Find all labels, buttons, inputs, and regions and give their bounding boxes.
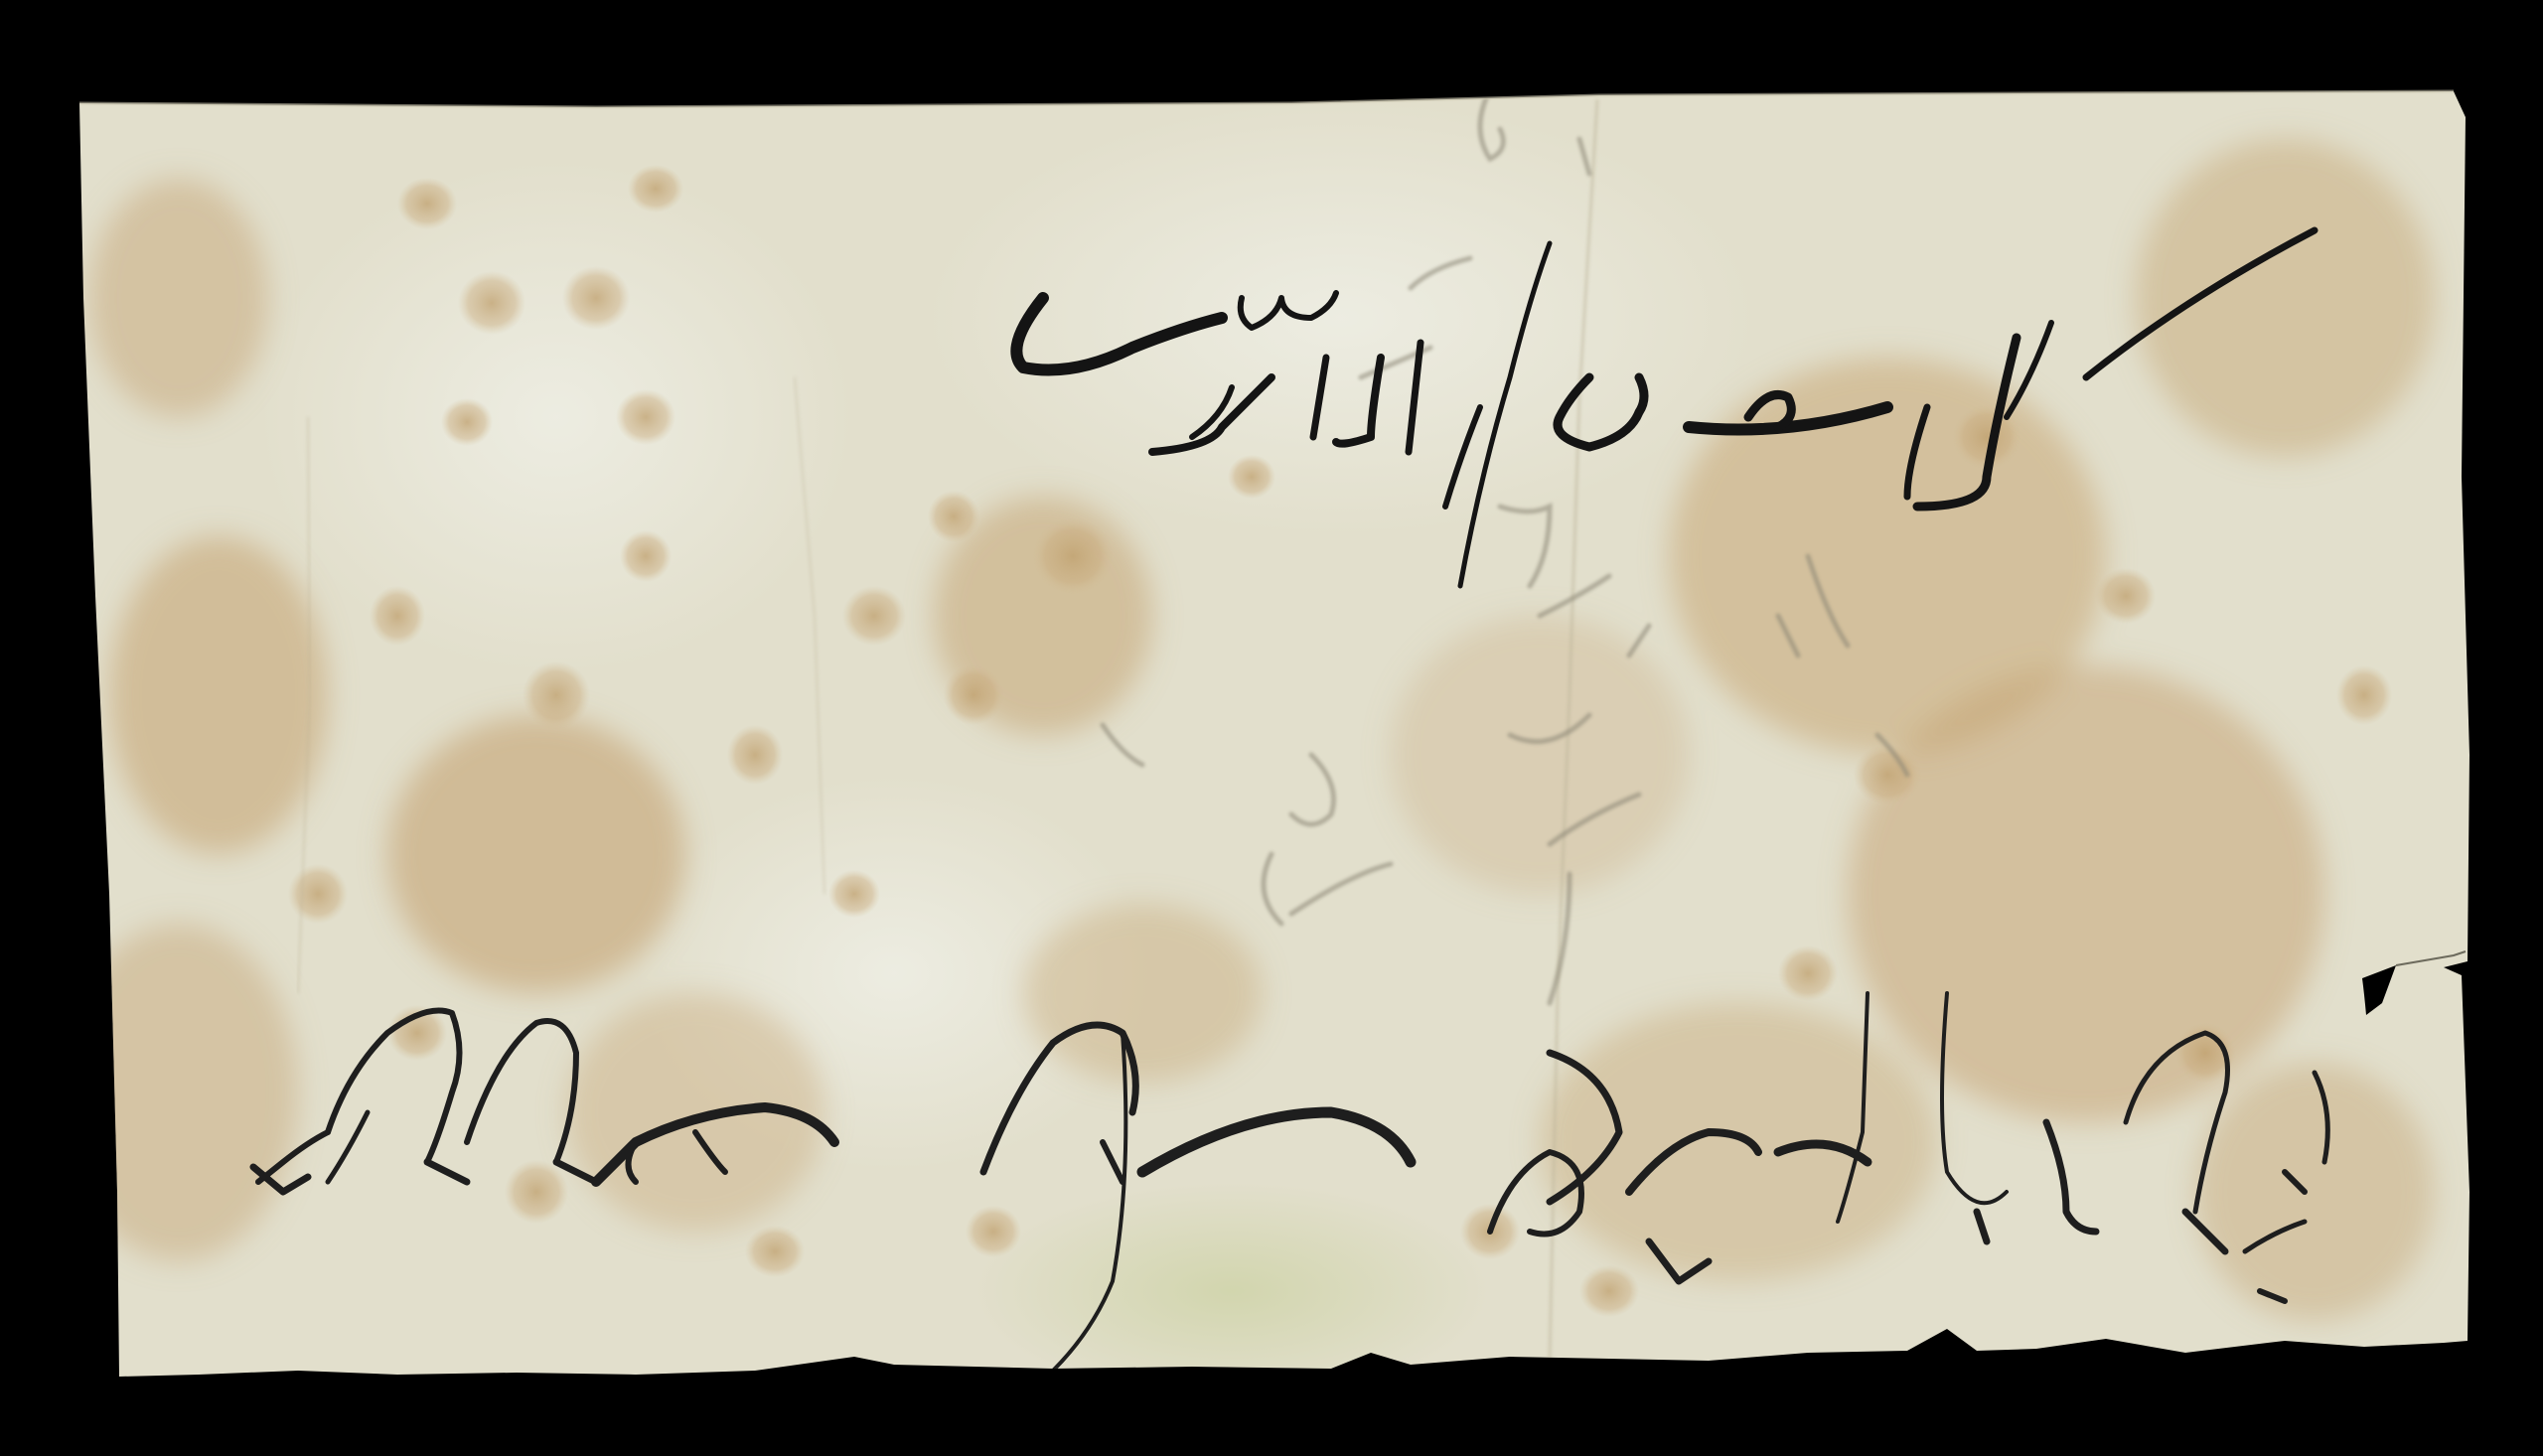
manuscript-fragment — [0, 0, 2543, 1456]
paper-sheet — [0, 0, 2543, 1456]
photo-stage: کس همه نظم اندر بوس تعلیقات و مشق خط — [0, 0, 2543, 1456]
